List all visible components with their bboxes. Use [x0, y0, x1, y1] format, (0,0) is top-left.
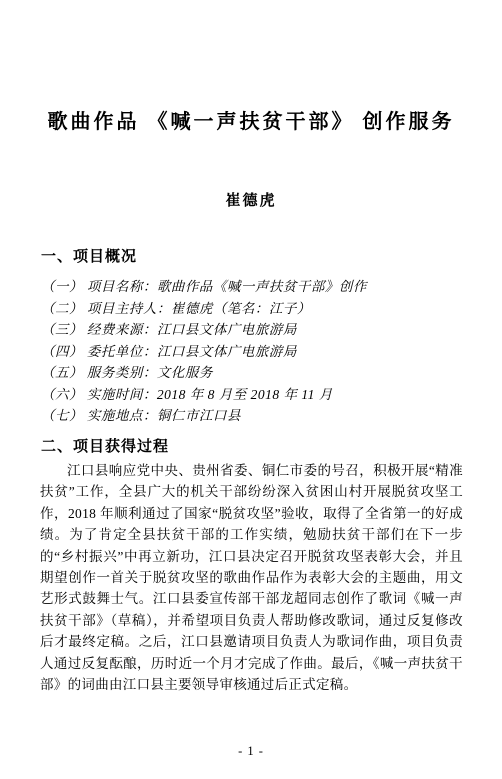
section-heading-overview: 一、项目概况: [41, 245, 137, 266]
list-item-project-name: （一） 项目名称：歌曲作品《喊一声扶贫干部》创作: [41, 276, 463, 298]
process-paragraph: 江口县响应党中央、贵州省委、铜仁市委的号召，积极开展“精准扶贫”工作，全县广大的…: [40, 460, 463, 695]
document-title: 歌曲作品 《喊一声扶贫干部》 创作服务: [0, 105, 502, 134]
document-page: 歌曲作品 《喊一声扶贫干部》 创作服务 崔德虎 一、项目概况 （一） 项目名称：…: [0, 0, 502, 779]
page-number: - 1 -: [0, 744, 502, 759]
author-name: 崔德虎: [0, 189, 502, 210]
list-item-service-category: （五） 服务类别：文化服务: [41, 362, 463, 384]
list-item-project-host: （二） 项目主持人：崔德虎（笔名：江子）: [41, 298, 463, 320]
section-heading-process: 二、项目获得过程: [41, 435, 169, 456]
overview-list: （一） 项目名称：歌曲作品《喊一声扶贫干部》创作 （二） 项目主持人：崔德虎（笔…: [41, 276, 463, 427]
list-item-funding-source: （三） 经费来源：江口县文体广电旅游局: [41, 319, 463, 341]
list-item-implementation-time: （六） 实施时间：2018 年 8 月至 2018 年 11 月: [41, 384, 463, 406]
list-item-commissioning-unit: （四） 委托单位：江口县文体广电旅游局: [41, 341, 463, 363]
list-item-implementation-place: （七） 实施地点：铜仁市江口县: [41, 405, 463, 427]
